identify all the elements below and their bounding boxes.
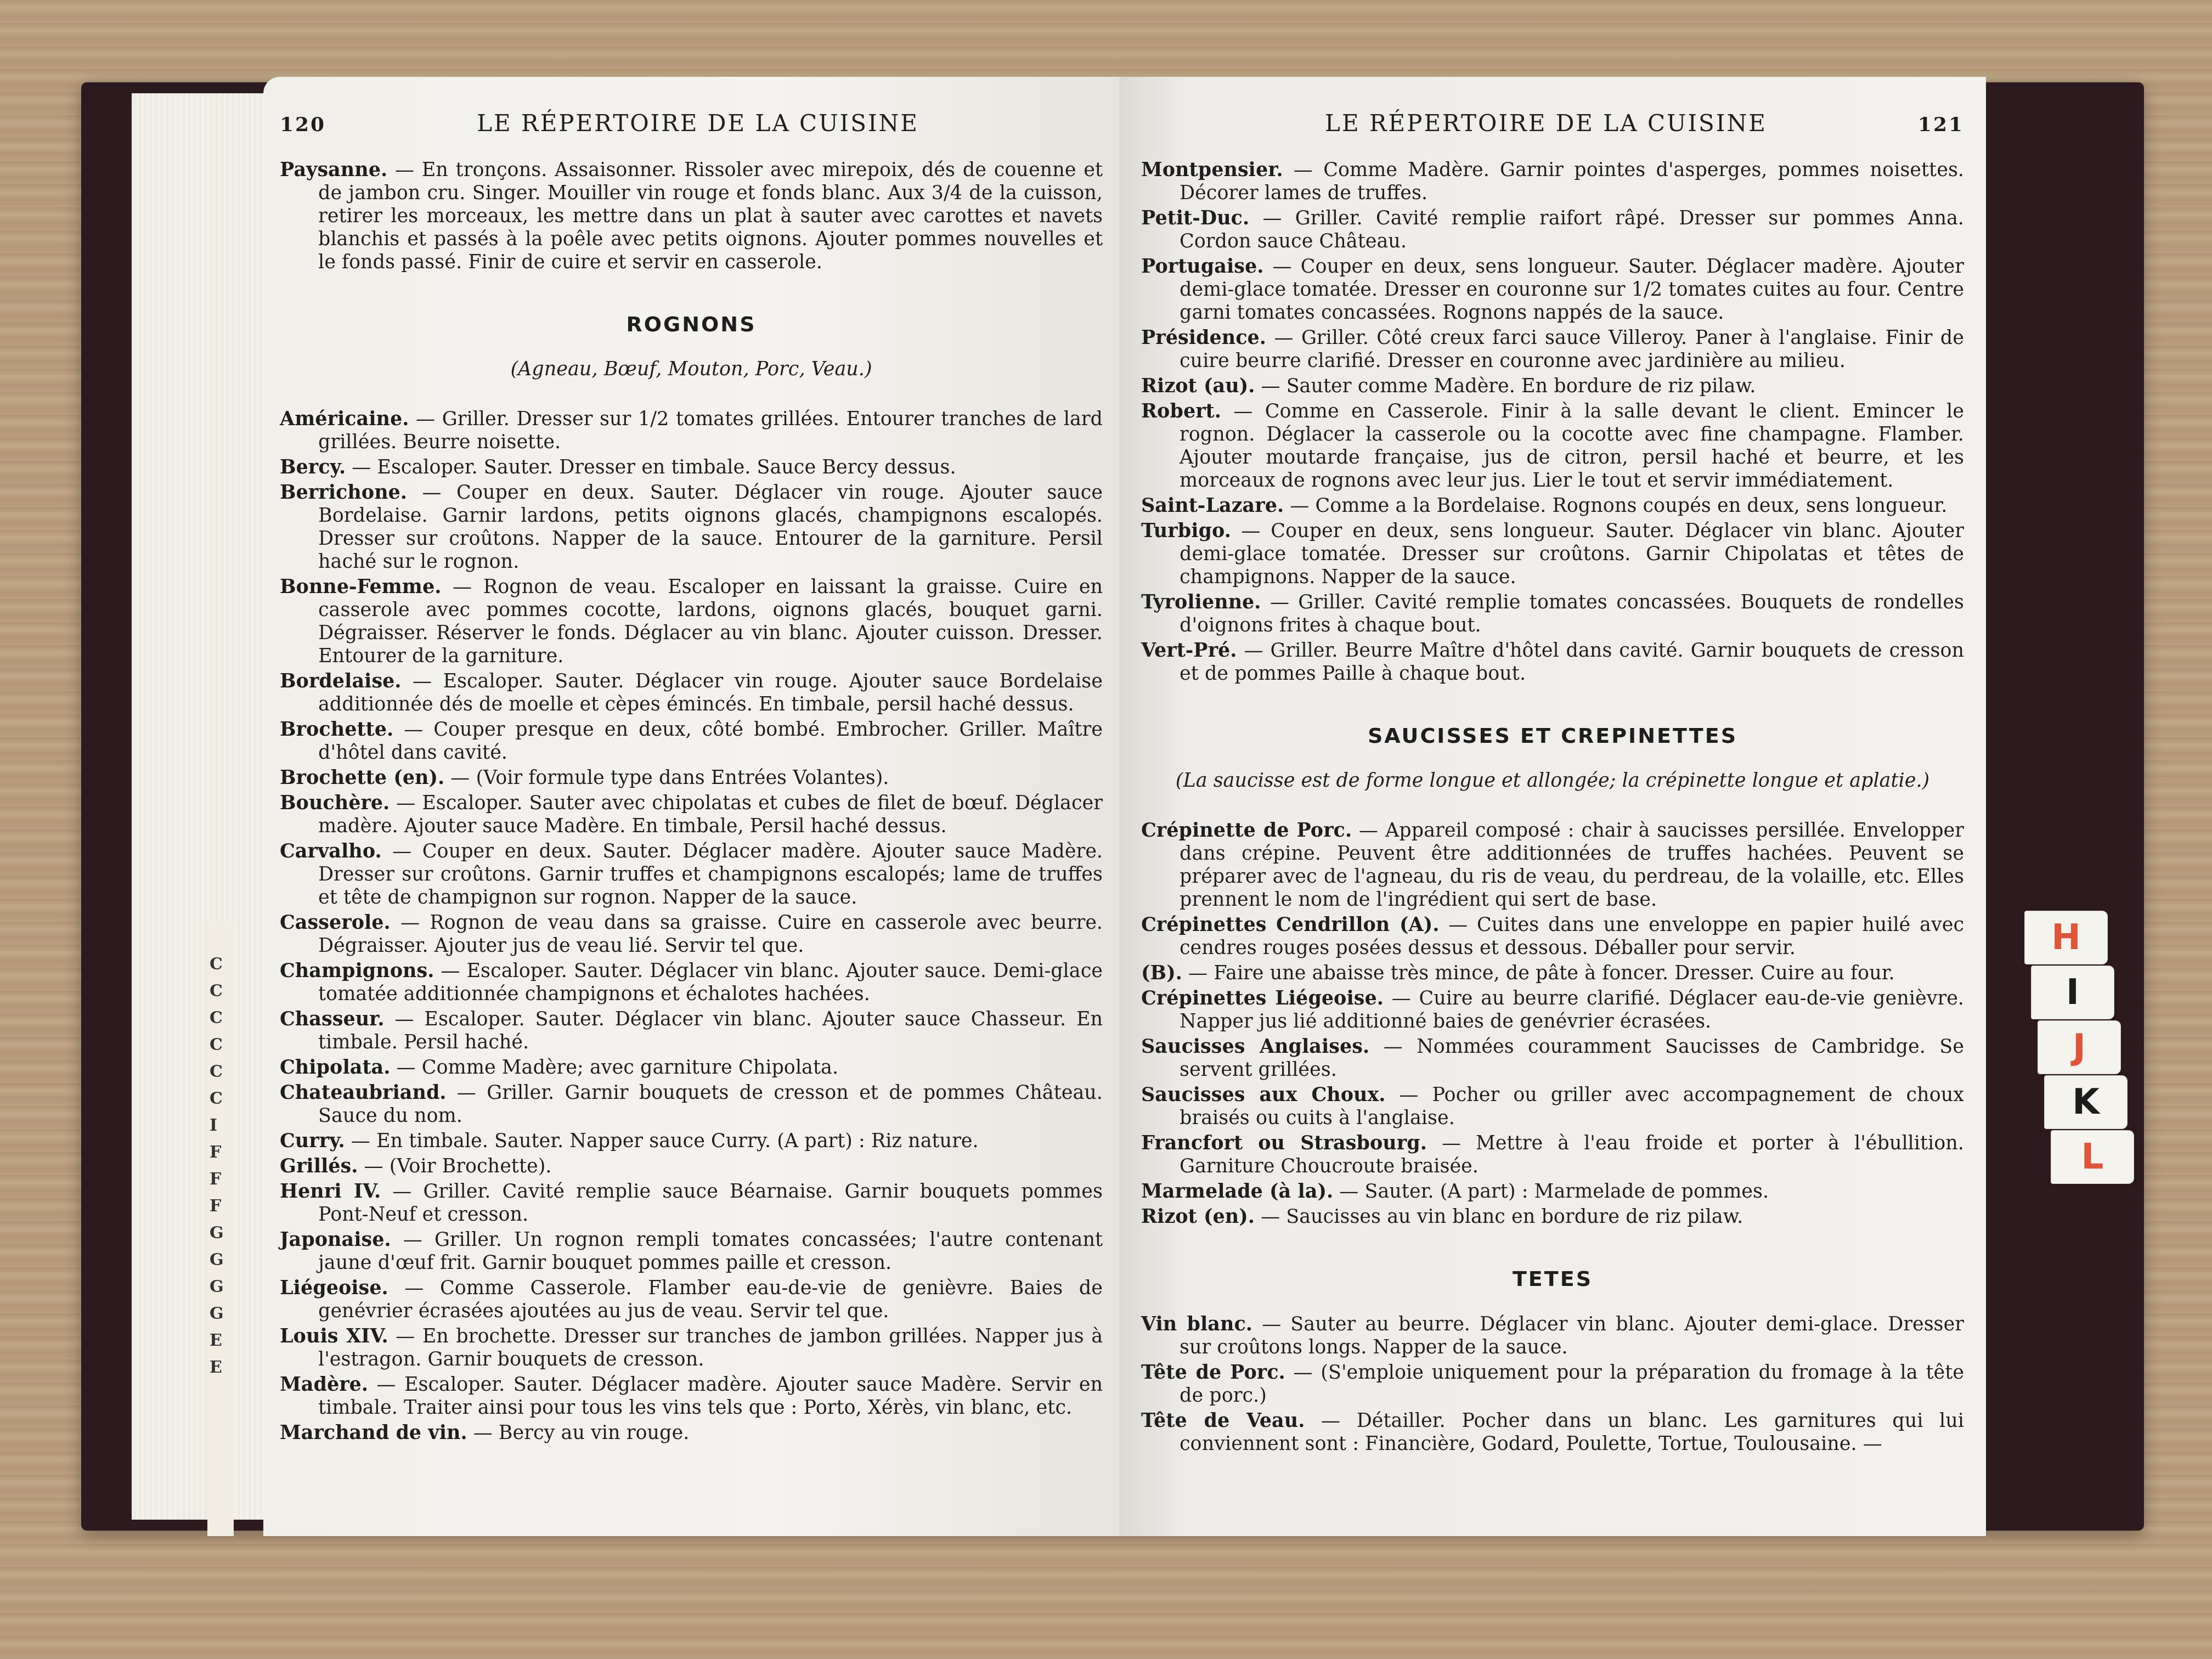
recipe-name: Américaine.	[280, 408, 409, 430]
recipe-name: Saucisses Anglaises.	[1141, 1035, 1369, 1058]
recipe-name: Vin blanc.	[1141, 1313, 1252, 1335]
recipe-name: Vert-Pré.	[1141, 639, 1237, 662]
recipe-entry: Carvalho. — Couper en deux. Sauter. Dégl…	[280, 840, 1103, 909]
recipe-instructions: — Escaloper. Sauter. Déglacer vin rouge.…	[318, 670, 1103, 715]
recipe-entry: Casserole. — Rognon de veau dans sa grai…	[280, 911, 1103, 957]
edge-letter: F	[210, 1170, 232, 1189]
page-stack-edge	[132, 93, 263, 1520]
recipe-entry: Bouchère. — Escaloper. Sauter avec chipo…	[280, 792, 1103, 838]
recipe-instructions: — Sauter comme Madère. En bordure de riz…	[1255, 375, 1756, 397]
recipe-entry: Japonaise. — Griller. Un rognon rempli t…	[280, 1228, 1103, 1274]
recipe-instructions: — Griller. Beurre Maître d'hôtel dans ca…	[1180, 640, 1964, 685]
index-tab-i[interactable]: I	[2031, 966, 2114, 1019]
recipe-entry: Montpensier. — Comme Madère. Garnir poin…	[1141, 159, 1964, 205]
recipe-name: Louis XIV.	[280, 1325, 388, 1347]
recipe-instructions: — Griller. Un rognon rempli tomates conc…	[318, 1229, 1103, 1274]
recipe-name: Portugaise.	[1141, 255, 1263, 278]
recipe-name: Casserole.	[280, 911, 391, 934]
recipe-entry: Chateaubriand. — Griller. Garnir bouquet…	[280, 1081, 1103, 1127]
recipe-name: Bouchère.	[280, 792, 390, 814]
recipe-name: Berrichone.	[280, 481, 407, 504]
section-subtitle-saucisses: (La saucisse est de forme longue et allo…	[1141, 770, 1964, 792]
recipe-name: Tyrolienne.	[1141, 591, 1261, 613]
recipe-entry: Saucisses aux Choux. — Pocher ou griller…	[1141, 1084, 1964, 1130]
recipe-entry: Brochette. — Couper presque en deux, côt…	[280, 718, 1103, 764]
recipe-instructions: — En brochette. Dresser sur tranches de …	[318, 1325, 1103, 1370]
recipe-instructions: — Escaloper. Sauter avec chipolatas et c…	[318, 792, 1103, 837]
recipe-name: Carvalho.	[280, 840, 382, 862]
recipe-instructions: — Rognon de veau dans sa graisse. Cuire …	[318, 912, 1103, 957]
recipe-instructions: — Comme Madère; avec garniture Chipolata…	[390, 1057, 838, 1079]
recipe-name: (B).	[1141, 962, 1182, 984]
section-title-tetes: TETES	[1141, 1267, 1964, 1291]
recipe-instructions: — Faire une abaisse très mince, de pâte …	[1182, 962, 1895, 984]
recipe-instructions: — Griller. Côté creux farci sauce Viller…	[1180, 327, 1964, 372]
edge-letter: G	[210, 1277, 232, 1296]
recipe-instructions: — Escaloper. Sauter. Déglacer madère. Aj…	[318, 1374, 1103, 1419]
edge-letter: C	[210, 1062, 232, 1081]
edge-letter: F	[210, 1143, 232, 1162]
recipe-name: Crépinettes Cendrillon (A).	[1141, 913, 1440, 936]
recipe-instructions: — Couper en deux, sens longueur. Sauter.…	[1180, 520, 1964, 588]
recipe-entry: Liégeoise. — Comme Casserole. Flamber ea…	[280, 1277, 1103, 1323]
recipe-name: Montpensier.	[1141, 159, 1283, 181]
section-title-rognons: ROGNONS	[280, 312, 1103, 336]
recipe-entry: Madère. — Escaloper. Sauter. Déglacer ma…	[280, 1373, 1103, 1419]
running-head-left: 120 LE RÉPERTOIRE DE LA CUISINE	[280, 110, 1103, 137]
recipe-name: Brochette.	[280, 718, 393, 741]
edge-letter: F	[210, 1197, 232, 1216]
recipe-name: Tête de Veau.	[1141, 1409, 1305, 1432]
edge-letter: G	[210, 1250, 232, 1269]
recipe-instructions: — (Voir Brochette).	[358, 1155, 551, 1177]
recipe-instructions: — Griller. Dresser sur 1/2 tomates grill…	[318, 408, 1103, 453]
recipe-entry: Bonne-Femme. — Rognon de veau. Escaloper…	[280, 575, 1103, 668]
recipe-name: Curry.	[280, 1130, 345, 1152]
recipe-name: Saucisses aux Choux.	[1141, 1084, 1386, 1106]
edge-letter: G	[210, 1223, 232, 1243]
recipe-instructions: — Comme Madère. Garnir pointes d'asperge…	[1180, 159, 1964, 204]
edge-letter: G	[210, 1304, 232, 1323]
recipe-name: Marmelade (à la).	[1141, 1180, 1333, 1203]
recipe-entry: Curry. — En timbale. Sauter. Napper sauc…	[280, 1130, 1103, 1153]
recipe-name: Japonaise.	[280, 1228, 391, 1251]
recipe-entry: Petit-Duc. — Griller. Cavité remplie rai…	[1141, 207, 1964, 253]
running-head-right: LE RÉPERTOIRE DE LA CUISINE 121	[1141, 110, 1964, 137]
recipe-entry: Tête de Porc. — (S'emploie uniquement po…	[1141, 1361, 1964, 1407]
edge-letter: E	[210, 1358, 232, 1377]
recipe-entry: Crépinettes Cendrillon (A). — Cuites dan…	[1141, 913, 1964, 960]
page-number-right: 121	[1918, 113, 1964, 136]
tetes-entry-list: Vin blanc. — Sauter au beurre. Déglacer …	[1141, 1313, 1964, 1455]
edge-letter: C	[210, 955, 232, 974]
recipe-instructions: — (Voir formule type dans Entrées Volant…	[444, 767, 889, 789]
recipe-entry: Bordelaise. — Escaloper. Sauter. Déglace…	[280, 670, 1103, 716]
entry-paysanne: Paysanne. — En tronçons. Assaisonner. Ri…	[280, 159, 1103, 274]
recipe-instructions: — Sauter. (A part) : Marmelade de pommes…	[1333, 1181, 1769, 1203]
recipe-name: Brochette (en).	[280, 766, 444, 789]
recipe-name: Liégeoise.	[280, 1277, 388, 1299]
recipe-instructions: — Bercy au vin rouge.	[467, 1422, 690, 1444]
page-number-left: 120	[280, 113, 326, 136]
rognons-entry-list-continued: Montpensier. — Comme Madère. Garnir poin…	[1141, 159, 1964, 685]
recipe-instructions: — Couper presque en deux, côté bombé. Em…	[318, 719, 1103, 764]
recipe-name: Champignons.	[280, 960, 434, 982]
edge-letter: I	[210, 1116, 232, 1135]
index-tab-k[interactable]: K	[2044, 1075, 2128, 1129]
recipe-entry: Henri IV. — Griller. Cavité remplie sauc…	[280, 1180, 1103, 1226]
recipe-entry: Américaine. — Griller. Dresser sur 1/2 t…	[280, 408, 1103, 454]
recipe-instructions: — Comme en Casserole. Finir à la salle d…	[1180, 400, 1964, 492]
recipe-name: Tête de Porc.	[1141, 1361, 1285, 1384]
left-page: 120 LE RÉPERTOIRE DE LA CUISINE Paysanne…	[263, 77, 1119, 1536]
recipe-entry: Saucisses Anglaises. — Nommées courammen…	[1141, 1035, 1964, 1081]
recipe-entry: Chasseur. — Escaloper. Sauter. Déglacer …	[280, 1008, 1103, 1054]
recipe-instructions: — Griller. Cavité remplie tomates concas…	[1180, 591, 1964, 636]
edge-letter: C	[210, 981, 232, 1001]
rognons-entry-list: Américaine. — Griller. Dresser sur 1/2 t…	[280, 408, 1103, 1444]
recipe-name: Turbigo.	[1141, 520, 1231, 542]
recipe-instructions: — Escaloper. Sauter. Déglacer vin blanc.…	[318, 1008, 1103, 1053]
recipe-entry: Champignons. — Escaloper. Sauter. Déglac…	[280, 960, 1103, 1006]
recipe-entry: Chipolata. — Comme Madère; avec garnitur…	[280, 1056, 1103, 1079]
recipe-entry: Crépinettes Liégeoise. — Cuire au beurre…	[1141, 987, 1964, 1033]
recipe-entry: Portugaise. — Couper en deux, sens longu…	[1141, 255, 1964, 324]
recipe-name: Grillés.	[280, 1155, 358, 1177]
recipe-name: Chipolata.	[280, 1056, 390, 1079]
index-tab-j[interactable]: J	[2038, 1020, 2121, 1074]
recipe-instructions: — Couper en deux. Sauter. Déglacer madèr…	[318, 840, 1103, 909]
recipe-name: Saint-Lazare.	[1141, 494, 1284, 517]
recipe-entry: Vert-Pré. — Griller. Beurre Maître d'hôt…	[1141, 639, 1964, 685]
recipe-name: Francfort ou Strasbourg.	[1141, 1132, 1427, 1154]
running-title-right: LE RÉPERTOIRE DE LA CUISINE	[1174, 110, 1918, 137]
index-tab-l[interactable]: L	[2051, 1130, 2134, 1184]
recipe-entry: Rizot (au). — Sauter comme Madère. En bo…	[1141, 375, 1964, 398]
recipe-entry: Louis XIV. — En brochette. Dresser sur t…	[280, 1325, 1103, 1371]
recipe-entry: Marchand de vin. — Bercy au vin rouge.	[280, 1421, 1103, 1444]
recipe-entry: Robert. — Comme en Casserole. Finir à la…	[1141, 400, 1964, 492]
recipe-entry: Bercy. — Escaloper. Sauter. Dresser en t…	[280, 456, 1103, 479]
recipe-entry: Berrichone. — Couper en deux. Sauter. Dé…	[280, 481, 1103, 573]
recipe-entry: Présidence. — Griller. Côté creux farci …	[1141, 326, 1964, 373]
recipe-instructions: — Griller. Cavité remplie raifort râpé. …	[1180, 207, 1964, 252]
recipe-entry: Marmelade (à la). — Sauter. (A part) : M…	[1141, 1180, 1964, 1203]
recipe-instructions: — Comme Casserole. Flamber eau-de-vie de…	[318, 1277, 1103, 1322]
recipe-entry: Saint-Lazare. — Comme a la Bordelaise. R…	[1141, 494, 1964, 517]
recipe-entry: Crépinette de Porc. — Appareil composé :…	[1141, 819, 1964, 911]
recipe-name: Petit-Duc.	[1141, 207, 1249, 229]
recipe-instructions: — En timbale. Sauter. Napper sauce Curry…	[345, 1130, 979, 1152]
recipe-entry: Rizot (en). — Saucisses au vin blanc en …	[1141, 1205, 1964, 1228]
recipe-name: Chasseur.	[280, 1008, 385, 1030]
edge-letter: C	[210, 1008, 232, 1028]
underlying-page-letters: CCCCCCIFFFGGGGEE	[210, 955, 232, 1377]
recipe-instructions: — Griller. Cavité remplie sauce Béarnais…	[318, 1181, 1103, 1226]
recipe-entry: Turbigo. — Couper en deux, sens longueur…	[1141, 520, 1964, 589]
recipe-name: Présidence.	[1141, 326, 1266, 349]
recipe-name: Bordelaise.	[280, 670, 402, 692]
recipe-instructions: — Escaloper. Sauter. Déglacer vin blanc.…	[318, 960, 1103, 1005]
recipe-name: Rizot (en).	[1141, 1205, 1255, 1228]
recipe-instructions: — Escaloper. Sauter. Dresser en timbale.…	[346, 456, 956, 478]
recipe-entry: Grillés. — (Voir Brochette).	[280, 1155, 1103, 1178]
recipe-name: Bercy.	[280, 456, 346, 478]
recipe-instructions: — Couper en deux, sens longueur. Sauter.…	[1180, 256, 1964, 324]
section-title-saucisses: SAUCISSES ET CREPINETTES	[1141, 724, 1964, 748]
recipe-instructions: — (S'emploie uniquement pour la préparat…	[1180, 1362, 1964, 1407]
recipe-entry: (B). — Faire une abaisse très mince, de …	[1141, 962, 1964, 985]
recipe-name: Henri IV.	[280, 1180, 381, 1203]
recipe-instructions: — Saucisses au vin blanc en bordure de r…	[1255, 1206, 1743, 1228]
running-title-left: LE RÉPERTOIRE DE LA CUISINE	[326, 110, 1070, 137]
recipe-name: Crépinette de Porc.	[1141, 819, 1352, 842]
edge-letter: E	[210, 1331, 232, 1350]
recipe-name: Madère.	[280, 1373, 368, 1396]
saucisses-entry-list: Crépinette de Porc. — Appareil composé :…	[1141, 819, 1964, 1228]
recipe-entry: Brochette (en). — (Voir formule type dan…	[280, 766, 1103, 789]
recipe-name: Chateaubriand.	[280, 1081, 447, 1104]
recipe-name: Bonne-Femme.	[280, 575, 441, 598]
recipe-name: Crépinettes Liégeoise.	[1141, 987, 1384, 1009]
recipe-entry: Vin blanc. — Sauter au beurre. Déglacer …	[1141, 1313, 1964, 1359]
index-tab-h[interactable]: H	[2024, 911, 2108, 964]
recipe-name: Marchand de vin.	[280, 1421, 467, 1444]
recipe-entry: Tyrolienne. — Griller. Cavité remplie to…	[1141, 591, 1964, 637]
recipe-instructions: — Sauter au beurre. Déglacer vin blanc. …	[1180, 1313, 1964, 1358]
recipe-entry: Francfort ou Strasbourg. — Mettre à l'ea…	[1141, 1132, 1964, 1178]
section-subtitle-rognons: (Agneau, Bœuf, Mouton, Porc, Veau.)	[280, 358, 1103, 380]
recipe-entry: Tête de Veau. — Détailler. Pocher dans u…	[1141, 1409, 1964, 1455]
recipe-instructions: — Couper en deux. Sauter. Déglacer vin r…	[318, 482, 1103, 573]
recipe-name: Robert.	[1141, 400, 1221, 422]
right-page: LE RÉPERTOIRE DE LA CUISINE 121 Montpens…	[1119, 77, 1986, 1536]
recipe-instructions: — Comme a la Bordelaise. Rognons coupés …	[1284, 495, 1947, 517]
edge-letter: C	[210, 1089, 232, 1108]
recipe-name: Rizot (au).	[1141, 375, 1255, 397]
edge-letter: C	[210, 1035, 232, 1054]
